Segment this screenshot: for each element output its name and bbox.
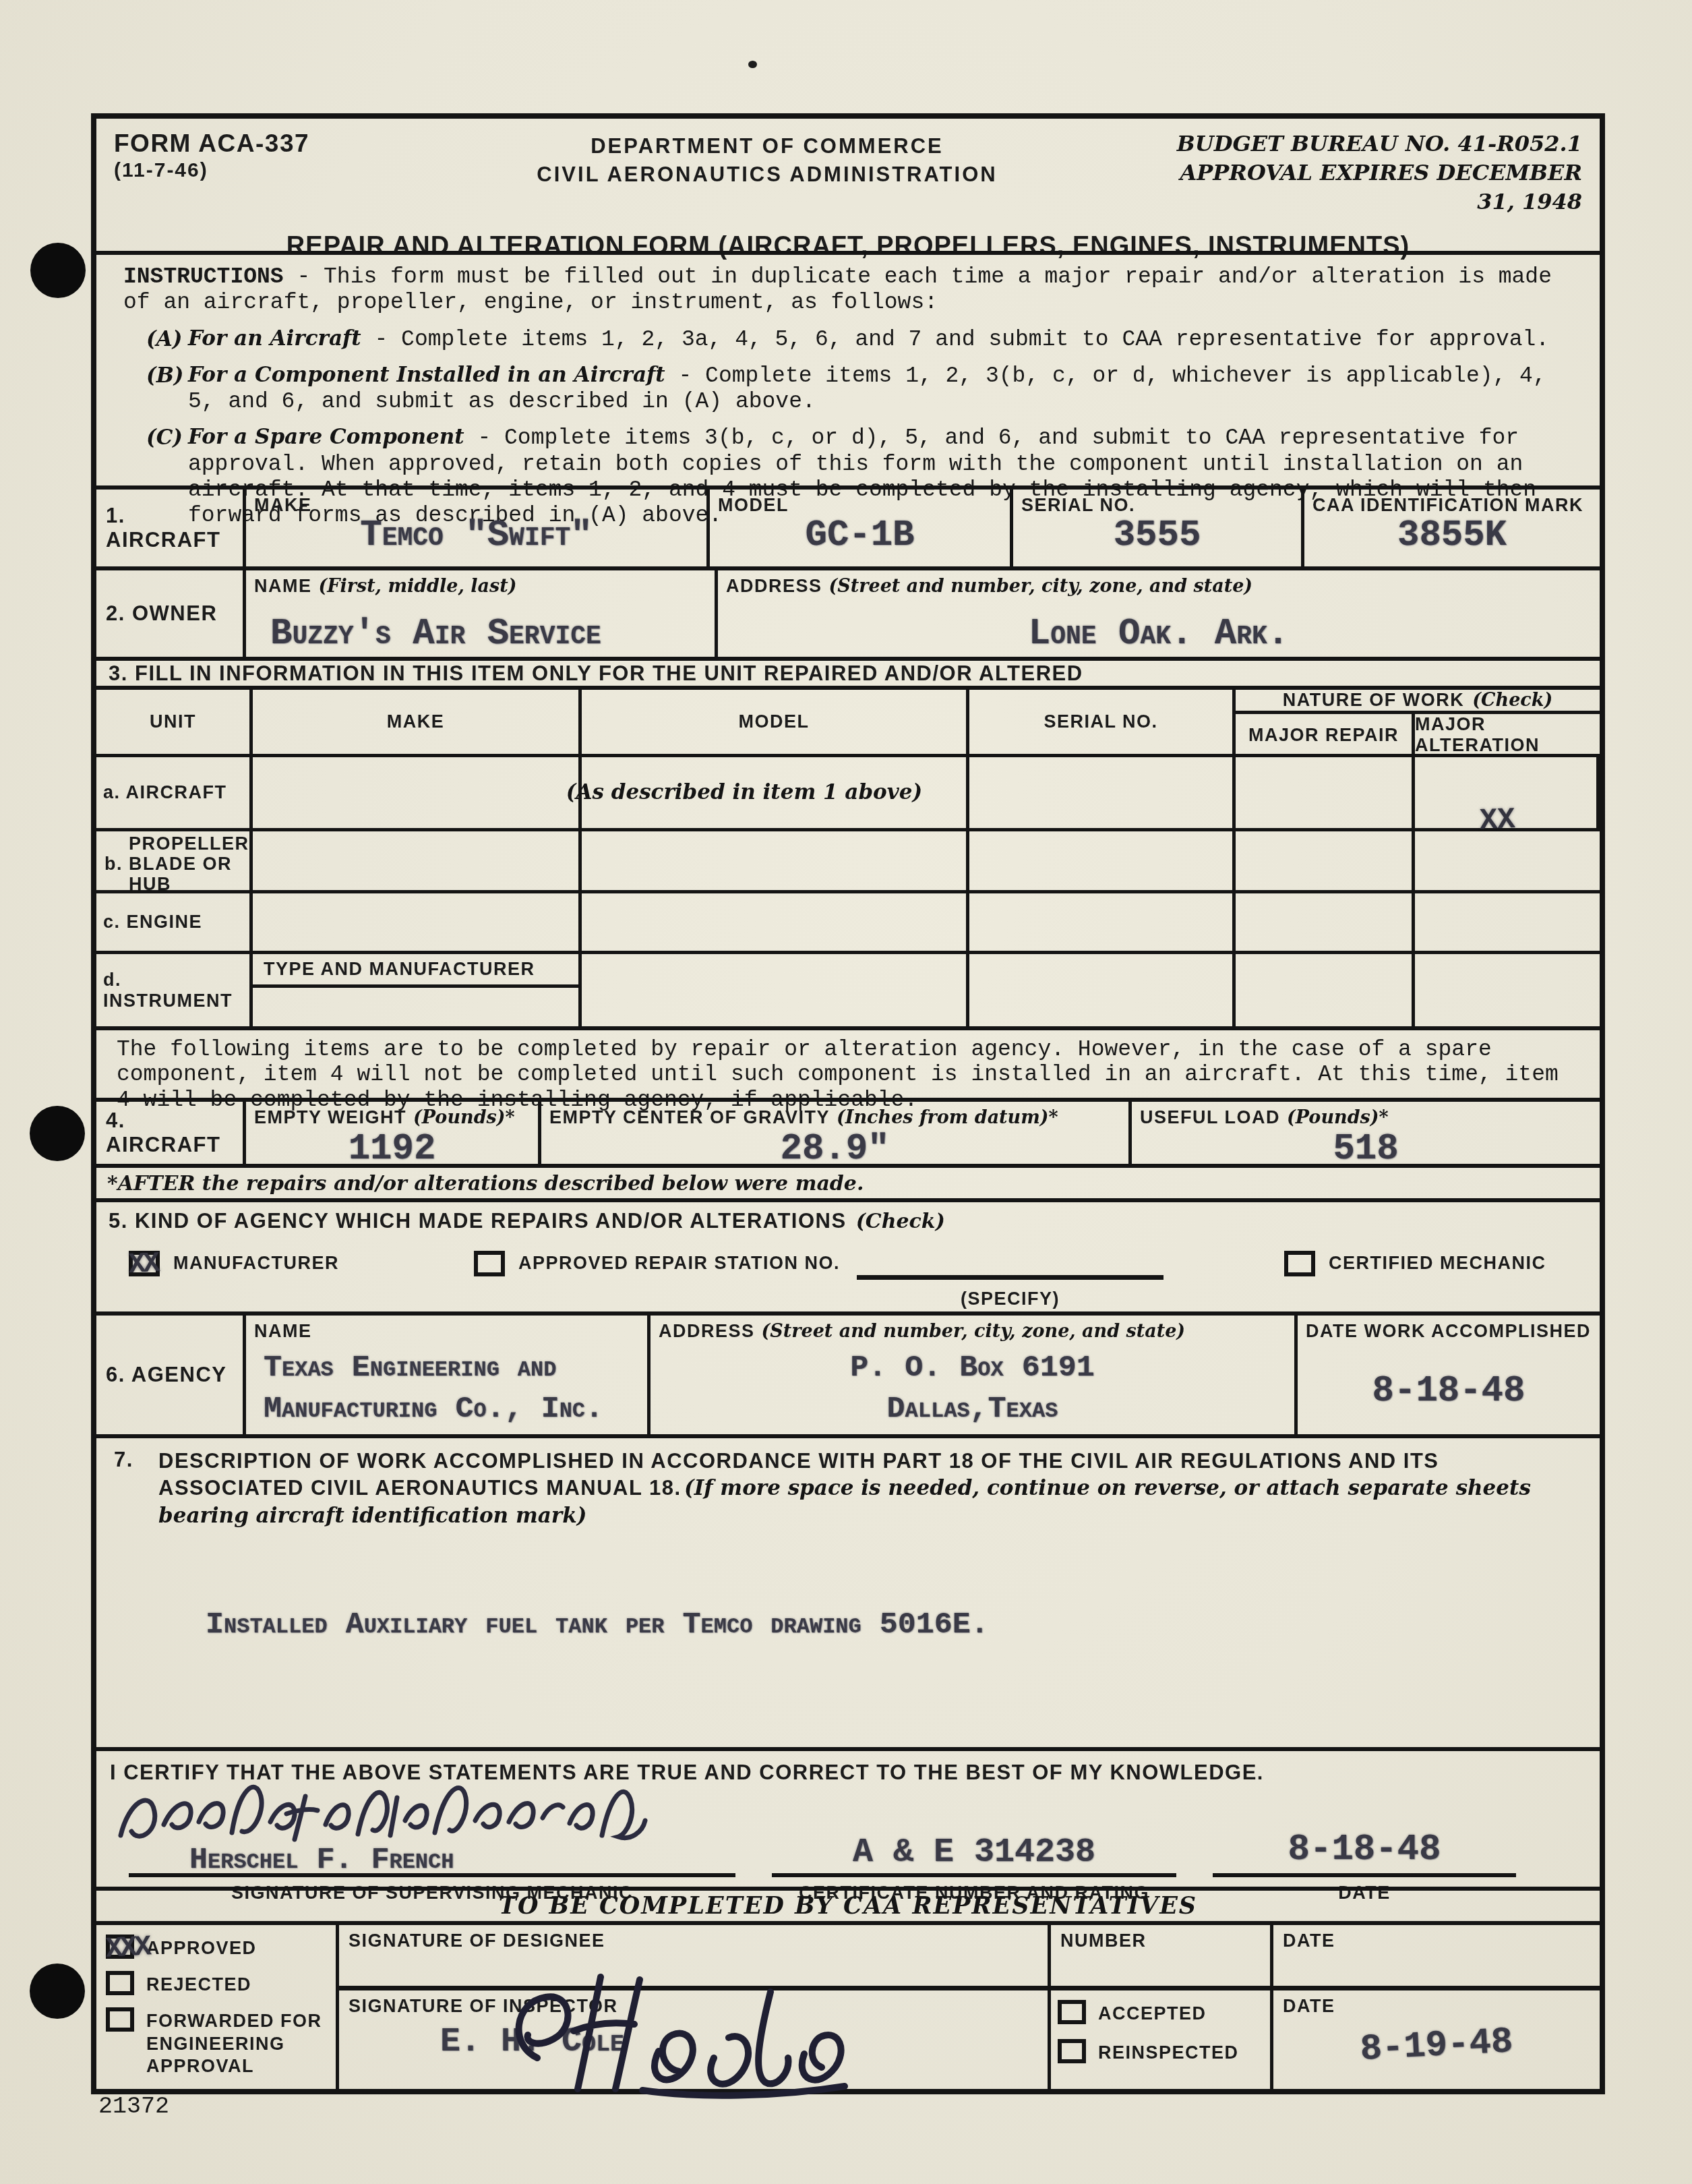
owner-name-value: Buzzy's Air Service	[270, 614, 601, 655]
unit-table-header: UNIT MAKE MODEL SERIAL NO. NATURE OF WOR…	[96, 690, 1600, 757]
manufacturer-checkbox-group: XX MANUFACTURER	[129, 1251, 339, 1276]
forwarded-line1: FORWARDED FOR	[146, 2010, 322, 2033]
agency-address-field: ADDRESS (Street and number, city, zone, …	[651, 1316, 1298, 1434]
item5-agency-kind: 5. KIND OF AGENCY WHICH MADE REPAIRS AND…	[96, 1198, 1600, 1311]
accepted-label: ACCEPTED	[1098, 2000, 1207, 2026]
type-and-manufacturer-label: TYPE AND MANUFACTURER	[253, 954, 578, 988]
owner-address-field: ADDRESS (Street and number, city, zone, …	[718, 570, 1600, 657]
row-d-major-repair	[1236, 954, 1415, 1026]
row-a-note: (As described in item 1 above)	[253, 780, 1236, 804]
certificate-number-value: A & E 314238	[772, 1833, 1176, 1872]
certification-section: I CERTIFY THAT THE ABOVE STATEMENTS ARE …	[96, 1747, 1600, 1887]
item5-title-hint: (Check)	[856, 1210, 945, 1233]
instruction-item-a: (A) For an Aircraft - Complete items 1, …	[123, 327, 1577, 353]
agency-name-line2: Manufacturing Co., Inc.	[264, 1389, 603, 1430]
agency-name-field: NAME Texas Engineering and Manufacturing…	[246, 1316, 651, 1434]
forwarded-checkbox-group: FORWARDED FOR ENGINEERING APPROVAL	[106, 2007, 329, 2078]
forwarded-checkbox	[106, 2007, 134, 2032]
row-c-major-repair	[1236, 893, 1415, 951]
agency-name-label: NAME	[254, 1321, 639, 1342]
certification-date-block: 8-18-48 DATE	[1213, 1834, 1516, 1877]
caa-mark-value: 3855K	[1304, 515, 1600, 556]
form-revision-date: (11-7-46)	[114, 159, 397, 182]
owner-name-label: NAME	[254, 576, 312, 597]
item4-label: 4. AIRCRAFT	[96, 1102, 246, 1164]
manufacturer-label: MANUFACTURER	[173, 1253, 339, 1274]
designee-date-label: DATE	[1283, 1930, 1335, 1951]
repair-station-number-line	[857, 1275, 1164, 1280]
footnote-text: the repairs and/or alterations described…	[195, 1172, 864, 1196]
rejected-label: REJECTED	[146, 1971, 251, 1997]
inspection-date-value: 8-19-48	[1273, 2017, 1601, 2075]
row-c-make	[253, 893, 582, 951]
inspector-signature-field: SIGNATURE OF INSPECTOR E. H. Cole	[339, 1990, 1051, 2089]
instruction-text-a: - Complete items 1, 2, 3a, 4, 5, 6, and …	[374, 327, 1549, 352]
item6-label: 6. AGENCY	[96, 1316, 246, 1434]
nature-of-work-label: NATURE OF WORK	[1283, 690, 1464, 711]
accepted-checkbox-group: ACCEPTED	[1058, 2000, 1261, 2026]
certified-mechanic-checkbox-group: CERTIFIED MECHANIC	[1284, 1251, 1546, 1276]
item3-title: 3. FILL IN INFORMATION IN THIS ITEM ONLY…	[109, 661, 1083, 686]
inspection-date-label: DATE	[1283, 1996, 1335, 2016]
manufacturer-check-mark: XX	[128, 1247, 158, 1281]
row-d-make: TYPE AND MANUFACTURER	[253, 954, 582, 1026]
owner-address-label: ADDRESS	[726, 576, 822, 597]
hole-punch	[30, 243, 86, 298]
reinspected-checkbox-group: REINSPECTED	[1058, 2039, 1261, 2065]
repair-station-label: APPROVED REPAIR STATION NO.	[518, 1253, 840, 1274]
empty-weight-hint: (Pounds)*	[413, 1107, 515, 1128]
useful-load-hint: (Pounds)*	[1287, 1107, 1389, 1128]
cg-label: EMPTY CENTER OF GRAVITY	[549, 1107, 830, 1128]
designee-signature-label: SIGNATURE OF DESIGNEE	[349, 1930, 605, 1951]
rejected-checkbox	[106, 1971, 134, 1995]
agency-address-label: ADDRESS	[659, 1321, 755, 1342]
designee-signature-field: SIGNATURE OF DESIGNEE	[339, 1925, 1051, 1986]
cg-hint: (Inches from datum)*	[837, 1107, 1058, 1128]
caa-mark-label: CAA IDENTIFICATION MARK	[1312, 495, 1592, 516]
form-header: FORM ACA-337 (11-7-46) DEPARTMENT OF COM…	[96, 119, 1600, 251]
form-number: FORM ACA-337	[114, 129, 397, 158]
inspector-row: SIGNATURE OF INSPECTOR E. H. Cole ACCEPT…	[339, 1990, 1600, 2089]
col-model: MODEL	[582, 690, 969, 754]
item2-owner-row: 2. OWNER NAME (First, middle, last) Buzz…	[96, 570, 1600, 657]
row-a-major-repair	[1236, 757, 1415, 828]
agency-address-line2: Dallas,Texas	[651, 1389, 1294, 1430]
ink-speck	[748, 61, 757, 68]
row-b-serial	[969, 831, 1236, 890]
item3-title-bar: 3. FILL IN INFORMATION IN THIS ITEM ONLY…	[96, 657, 1600, 686]
date-work-value: 8-18-48	[1298, 1371, 1600, 1412]
hole-punch	[30, 1964, 85, 2019]
owner-address-hint: (Street and number, city, zone, and stat…	[829, 576, 1253, 597]
aircraft-owner-section: 1. AIRCRAFT MAKE Temco "Swift" MODEL GC-…	[96, 485, 1600, 657]
instruction-tag-a: (A)	[146, 328, 182, 352]
item7-number: 7.	[114, 1448, 133, 1472]
aircraft-model-field: MODEL GC-1B	[710, 490, 1013, 566]
unit-row-engine: c. ENGINE	[96, 893, 1600, 954]
row-b-line3: HUB	[104, 875, 249, 895]
row-c-serial	[969, 893, 1236, 951]
accepted-checkbox	[1058, 2000, 1086, 2024]
item5-title: 5. KIND OF AGENCY WHICH MADE REPAIRS AND…	[109, 1209, 847, 1233]
agency-name-line1: Texas Engineering and	[264, 1348, 603, 1389]
mechanic-typed-name: Herschel F. French	[189, 1843, 454, 1877]
forwarded-line2: ENGINEERING	[146, 2033, 322, 2056]
instructions-intro-text: - This form must be filled out in duplic…	[123, 264, 1552, 315]
aircraft-serial-field: SERIAL NO. 3555	[1013, 490, 1304, 566]
unit-repaired-table: UNIT MAKE MODEL SERIAL NO. NATURE OF WOR…	[96, 686, 1600, 1026]
row-c-label: c. ENGINE	[96, 893, 253, 951]
empty-weight-label: EMPTY WEIGHT	[254, 1107, 406, 1128]
approved-label: APPROVED	[146, 1935, 257, 1960]
inspection-date-field: DATE 8-19-48	[1273, 1990, 1600, 2089]
reinspected-checkbox	[1058, 2039, 1086, 2063]
row-d-major-alteration	[1415, 954, 1600, 1026]
col-unit: UNIT	[96, 690, 253, 754]
designee-date-field: DATE	[1273, 1925, 1600, 1986]
instruction-lead-c: For a Spare Component	[188, 425, 464, 449]
useful-load-field: USEFUL LOAD (Pounds)* 518	[1132, 1102, 1600, 1164]
rejected-checkbox-group: REJECTED	[106, 1971, 329, 1997]
instruction-item-b: (B) For a Component Installed in an Airc…	[123, 363, 1577, 415]
caa-disposition-column: XXX APPROVED REJECTED FORWARDED FOR ENGI…	[96, 1925, 339, 2089]
repair-station-checkbox-group: APPROVED REPAIR STATION NO.	[474, 1251, 840, 1276]
inspection-result-field: ACCEPTED REINSPECTED	[1051, 1990, 1273, 2089]
aircraft-make-value: Temco "Swift"	[246, 515, 706, 556]
aircraft-make-field: MAKE Temco "Swift"	[246, 490, 710, 566]
form-stock-number: 21372	[98, 2093, 169, 2120]
approval-expires: APPROVAL EXPIRES DECEMBER 31, 1948	[1137, 158, 1582, 216]
instruction-lead-a: For an Aircraft	[188, 326, 361, 351]
row-d-label: d. INSTRUMENT	[96, 954, 253, 1026]
work-description-value: Installed Auxiliary fuel tank per Temco …	[206, 1607, 1579, 1642]
col-major-alteration: MAJOR ALTERATION	[1415, 714, 1600, 756]
row-b-line2: b. BLADE OR	[104, 854, 249, 875]
row-d-model	[582, 954, 969, 1026]
row-b-line1: PROPELLER	[104, 834, 249, 854]
instructions-intro: INSTRUCTIONS - This form must be filled …	[123, 264, 1577, 316]
inspector-typed-name: E. H. Cole	[440, 2023, 624, 2061]
owner-address-value: Lone Oak. Ark.	[718, 614, 1600, 655]
agency-address-line1: P. O. Box 6191	[651, 1348, 1294, 1389]
center-of-gravity-field: EMPTY CENTER OF GRAVITY (Inches from dat…	[541, 1102, 1132, 1164]
instruction-tag-b: (B)	[146, 364, 184, 388]
item4-aircraft-weights: 4. AIRCRAFT EMPTY WEIGHT (Pounds)* 1192 …	[96, 1098, 1600, 1164]
administration-line: CIVIL AERONAUTICS ADMINISTRATION	[537, 160, 997, 189]
nature-of-work-hint: (Check)	[1472, 690, 1552, 711]
repair-station-checkbox	[474, 1251, 505, 1276]
col-nature-of-work: NATURE OF WORK (Check) MAJOR REPAIR MAJO…	[1236, 690, 1600, 754]
manufacturer-checkbox: XX	[129, 1251, 160, 1276]
certified-mechanic-checkbox	[1284, 1251, 1315, 1276]
caa-bar-title: TO BE COMPLETED BY CAA REPRESENTATIVES	[499, 1892, 1197, 1920]
row-b-model	[582, 831, 969, 890]
aca-337-form: FORM ACA-337 (11-7-46) DEPARTMENT OF COM…	[91, 113, 1605, 2094]
row-b-label: PROPELLER b. BLADE OR HUB	[96, 831, 253, 890]
certify-statement: I CERTIFY THAT THE ABOVE STATEMENTS ARE …	[96, 1751, 1600, 1785]
designee-number-field: NUMBER	[1051, 1925, 1273, 1986]
hole-punch	[30, 1106, 85, 1161]
unit-row-propeller: PROPELLER b. BLADE OR HUB	[96, 831, 1600, 893]
after-repairs-footnote: *AFTER the repairs and/or alterations de…	[96, 1164, 1600, 1198]
caa-representatives-table: XXX APPROVED REJECTED FORWARDED FOR ENGI…	[96, 1921, 1600, 2089]
model-label: MODEL	[718, 495, 1002, 516]
scanned-form-page: FORM ACA-337 (11-7-46) DEPARTMENT OF COM…	[0, 0, 1692, 2184]
forwarded-line3: APPROVAL	[146, 2055, 322, 2078]
aircraft-serial-value: 3555	[1013, 515, 1301, 556]
owner-name-field: NAME (First, middle, last) Buzzy's Air S…	[246, 570, 718, 657]
empty-weight-field: EMPTY WEIGHT (Pounds)* 1192	[246, 1102, 541, 1164]
instruction-lead-b: For a Component Installed in an Aircraft	[188, 363, 665, 387]
owner-name-hint: (First, middle, last)	[319, 576, 517, 597]
item6-agency: 6. AGENCY NAME Texas Engineering and Man…	[96, 1311, 1600, 1434]
instruction-tag-c: (C)	[146, 426, 183, 450]
budget-bureau-no: BUDGET BUREAU NO. 41-R052.1	[1137, 129, 1582, 158]
row-c-model	[582, 893, 969, 951]
designee-number-label: NUMBER	[1060, 1930, 1147, 1951]
agency-name-value: Texas Engineering and Manufacturing Co.,…	[264, 1348, 603, 1430]
col-serial: SERIAL NO.	[969, 690, 1236, 754]
agency-address-hint: (Street and number, city, zone, and stat…	[762, 1321, 1186, 1342]
date-work-accomplished-field: DATE WORK ACCOMPLISHED 8-18-48	[1298, 1316, 1600, 1434]
approved-checkbox-group: XXX APPROVED	[106, 1935, 329, 1960]
row-a-label: a. AIRCRAFT	[96, 757, 253, 828]
caa-representatives-bar: TO BE COMPLETED BY CAA REPRESENTATIVES	[96, 1887, 1600, 1921]
row-b-major-repair	[1236, 831, 1415, 890]
specify-label: (SPECIFY)	[857, 1289, 1164, 1309]
certification-date-value: 8-18-48	[1213, 1829, 1516, 1870]
department-line: DEPARTMENT OF COMMERCE	[537, 132, 997, 160]
mechanic-signature-block: Herschel F. French SIGNATURE OF SUPERVIS…	[129, 1834, 735, 1877]
unit-row-aircraft: a. AIRCRAFT XX (As described in item 1 a…	[96, 757, 1600, 831]
date-work-label: DATE WORK ACCOMPLISHED	[1306, 1321, 1592, 1342]
reinspected-label: REINSPECTED	[1098, 2039, 1239, 2065]
row-a-major-alteration: XX	[1415, 757, 1600, 828]
approved-check-mark: XXX	[105, 1931, 150, 1966]
item1-aircraft-row: 1. AIRCRAFT MAKE Temco "Swift" MODEL GC-…	[96, 490, 1600, 570]
row-d-serial	[969, 954, 1236, 1026]
caa-mark-field: CAA IDENTIFICATION MARK 3855K	[1304, 490, 1600, 566]
instructions-lead: INSTRUCTIONS	[123, 264, 284, 289]
aircraft-model-value: GC-1B	[710, 515, 1010, 556]
item7-description: 7. DESCRIPTION OF WORK ACCOMPLISHED IN A…	[96, 1434, 1600, 1747]
serial-label: SERIAL NO.	[1021, 495, 1293, 516]
footnote-lead: *AFTER	[107, 1172, 195, 1196]
row-c-major-alteration	[1415, 893, 1600, 951]
col-make: MAKE	[253, 690, 582, 754]
forwarded-label: FORWARDED FOR ENGINEERING APPROVAL	[146, 2007, 322, 2078]
item2-label: 2. OWNER	[96, 570, 246, 657]
designee-row: SIGNATURE OF DESIGNEE NUMBER DATE	[339, 1925, 1600, 1990]
certified-mechanic-label: CERTIFIED MECHANIC	[1329, 1253, 1546, 1274]
col-major-repair: MAJOR REPAIR	[1236, 714, 1415, 756]
agency-note: The following items are to be completed …	[96, 1026, 1600, 1098]
row-b-make	[253, 831, 582, 890]
certificate-number-block: A & E 314238 CERTIFICATE NUMBER AND RATI…	[772, 1834, 1176, 1877]
approved-checkbox: XXX	[106, 1935, 134, 1959]
inspector-signature-label: SIGNATURE OF INSPECTOR	[349, 1996, 618, 2016]
useful-load-label: USEFUL LOAD	[1140, 1107, 1280, 1128]
unit-row-instrument: d. INSTRUMENT TYPE AND MANUFACTURER	[96, 954, 1600, 1026]
row-b-major-alteration	[1415, 831, 1600, 890]
agency-address-value: P. O. Box 6191 Dallas,Texas	[651, 1348, 1294, 1430]
make-label: MAKE	[254, 495, 698, 516]
instructions-section: INSTRUCTIONS - This form must be filled …	[96, 251, 1600, 485]
item1-label: 1. AIRCRAFT	[96, 490, 246, 566]
